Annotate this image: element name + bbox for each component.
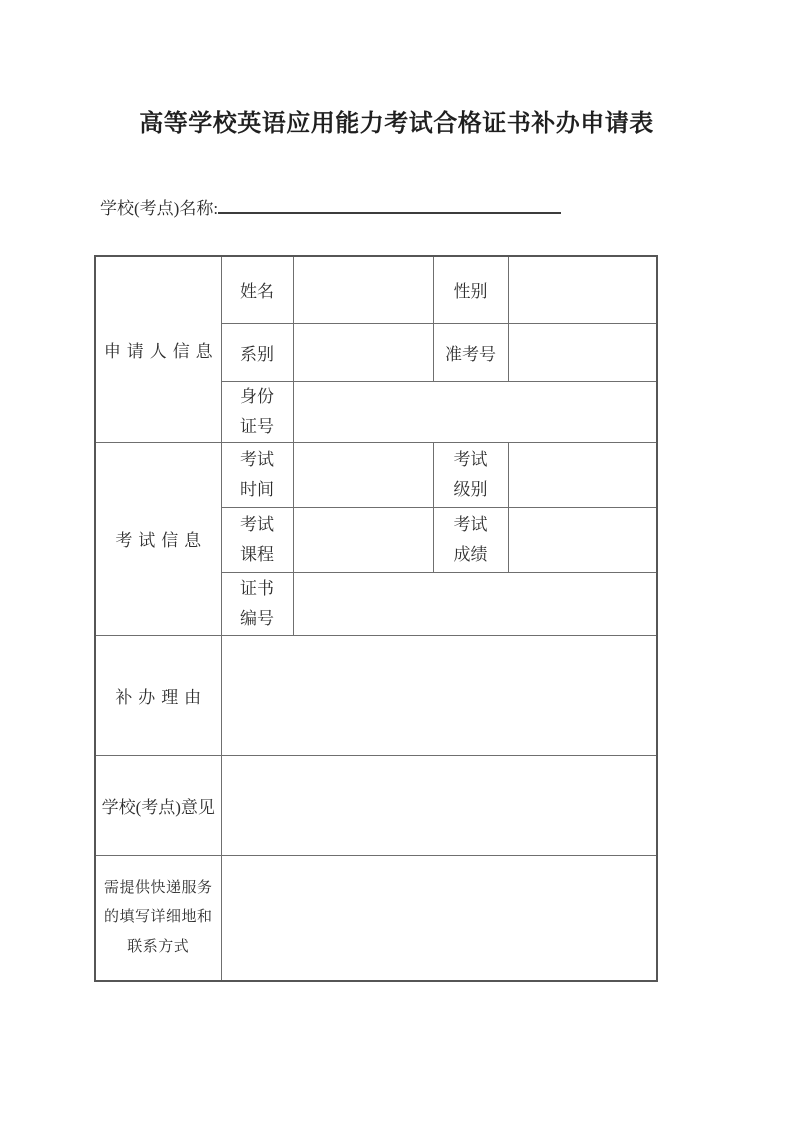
field-label-exam-course-line1: 考试 (222, 510, 293, 540)
field-label-admission-ticket: 准考号 (433, 323, 508, 381)
gender-value-cell[interactable] (508, 256, 657, 323)
page-title: 高等学校英语应用能力考试合格证书补办申请表 (0, 103, 793, 138)
delivery-info-value-cell[interactable] (221, 855, 657, 981)
school-name-blank-field[interactable] (218, 197, 561, 214)
field-label-gender: 性别 (433, 256, 508, 323)
field-label-name: 姓名 (221, 256, 293, 323)
scanned-form-page: 高等学校英语应用能力考试合格证书补办申请表 学校(考点)名称: 申请人信息 姓名… (0, 0, 793, 1122)
admission-ticket-value-cell[interactable] (508, 323, 657, 381)
section-label-delivery-info: 需提供快递服务 的填写详细地和 联系方式 (95, 855, 221, 981)
delivery-label-line2: 的填写详细地和 (96, 903, 221, 933)
field-label-exam-score-line1: 考试 (434, 510, 508, 540)
row-exam-time-level: 考试信息 考试 时间 考试 级别 (95, 442, 657, 507)
row-school-opinion: 学校(考点)意见 (95, 755, 657, 855)
row-delivery-info: 需提供快递服务 的填写详细地和 联系方式 (95, 855, 657, 981)
field-label-exam-course-line2: 课程 (222, 540, 293, 570)
field-label-id-number-line1: 身份 (222, 382, 293, 412)
field-label-id-number: 身份 证号 (221, 381, 293, 442)
school-name-label: 学校(考点)名称: (100, 199, 218, 218)
section-label-reissue-reason: 补办理由 (95, 635, 221, 755)
field-label-exam-time-line2: 时间 (222, 475, 293, 505)
field-label-exam-time: 考试 时间 (221, 442, 293, 507)
section-label-school-opinion: 学校(考点)意见 (95, 755, 221, 855)
certificate-no-value-cell[interactable] (293, 572, 657, 635)
field-label-id-number-line2: 证号 (222, 412, 293, 442)
application-form-table: 申请人信息 姓名 性别 系别 准考号 身份 证号 考试信息 (94, 255, 658, 982)
id-number-value-cell[interactable] (293, 381, 657, 442)
exam-level-value-cell[interactable] (508, 442, 657, 507)
field-label-exam-time-line1: 考试 (222, 445, 293, 475)
name-value-cell[interactable] (293, 256, 433, 323)
field-label-department: 系别 (221, 323, 293, 381)
delivery-label-line3: 联系方式 (96, 933, 221, 963)
field-label-certificate-no-line1: 证书 (222, 574, 293, 604)
field-label-exam-level-line2: 级别 (434, 475, 508, 505)
field-label-certificate-no: 证书 编号 (221, 572, 293, 635)
section-label-exam-info: 考试信息 (95, 442, 221, 635)
delivery-label-line1: 需提供快递服务 (96, 874, 221, 904)
field-label-exam-level: 考试 级别 (433, 442, 508, 507)
row-name-gender: 申请人信息 姓名 性别 (95, 256, 657, 323)
field-label-exam-score: 考试 成绩 (433, 507, 508, 572)
field-label-exam-score-line2: 成绩 (434, 540, 508, 570)
field-label-certificate-no-line2: 编号 (222, 604, 293, 634)
exam-time-value-cell[interactable] (293, 442, 433, 507)
school-name-line: 学校(考点)名称: (100, 194, 561, 219)
department-value-cell[interactable] (293, 323, 433, 381)
section-label-applicant-info: 申请人信息 (95, 256, 221, 442)
field-label-exam-course: 考试 课程 (221, 507, 293, 572)
exam-score-value-cell[interactable] (508, 507, 657, 572)
exam-course-value-cell[interactable] (293, 507, 433, 572)
field-label-exam-level-line1: 考试 (434, 445, 508, 475)
reissue-reason-value-cell[interactable] (221, 635, 657, 755)
school-opinion-value-cell[interactable] (221, 755, 657, 855)
row-reissue-reason: 补办理由 (95, 635, 657, 755)
